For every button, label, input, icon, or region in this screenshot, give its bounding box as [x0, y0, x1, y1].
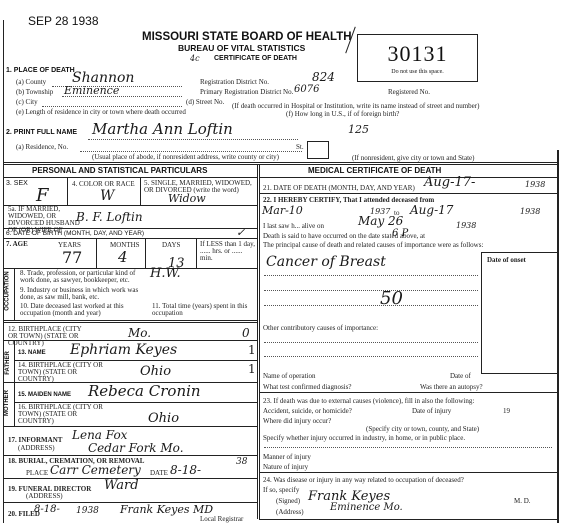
age-col-days: DAYS: [162, 241, 180, 249]
address-label: (Address): [276, 508, 304, 516]
injury-year-label: 19: [503, 407, 510, 415]
form-subtitle: BUREAU OF VITAL STATISTICS: [178, 43, 305, 53]
funeral-director-address-label: (ADDRESS): [26, 492, 63, 500]
where-label: Where did injury occur?: [263, 417, 331, 425]
form-title: MISSOURI STATE BOARD OF HEALTH: [142, 31, 352, 43]
registered-label: Registered No.: [388, 88, 430, 96]
accident-label: Accident, suicide, or homicide?: [263, 407, 352, 415]
less-than-day: If LESS than 1 day, ...... hrs. or .....…: [200, 241, 256, 262]
informant-address-value: Cedar Fork Mo.: [88, 441, 184, 455]
marital-value: Widow: [168, 192, 206, 205]
informant-label: 17. INFORMANT: [8, 436, 62, 444]
nature-label: Nature of injury: [263, 463, 308, 471]
age-months-value: 4: [118, 248, 128, 266]
death-year-value: 1938: [525, 180, 545, 189]
funeral-director-value: Ward: [104, 478, 139, 493]
burial-place-label: PLACE: [26, 469, 48, 477]
tally-0: 0: [242, 326, 250, 340]
tally-1: 1: [248, 343, 256, 357]
residence-label: (a) Residence, No.: [16, 143, 68, 151]
sex-label: 3. SEX: [6, 180, 28, 187]
margin-mark: 4c: [190, 54, 200, 63]
full-name-label: 2. PRINT FULL NAME: [6, 129, 77, 136]
primary-district-value: 6076: [294, 84, 319, 95]
occ10-label: 10. Date deceased last worked at this oc…: [20, 303, 140, 317]
test-label: What test confirmed diagnosis?: [263, 383, 351, 391]
medical-section-title: MEDICAL CERTIFICATE OF DEATH: [308, 166, 441, 175]
father-name-label: 13. NAME: [18, 350, 46, 356]
township-label: (b) Township: [16, 88, 53, 96]
registrar-label: Local Registrar: [200, 515, 243, 523]
father-side-label: FATHER: [5, 351, 11, 375]
primary-district-label: Primary Registration District No.: [200, 88, 293, 96]
residence-checkbox[interactable]: [307, 141, 329, 159]
spouse-value: B. F. Loftin: [76, 210, 143, 224]
occ8-label: 8. Trade, profession, or particular kind…: [20, 270, 150, 284]
burial-place-value: Carr Cemetery: [50, 463, 141, 477]
dob-label: 6. DATE OF BIRTH (MONTH, DAY, AND YEAR): [6, 230, 144, 237]
filed-year-value: 1938: [76, 506, 99, 516]
reg-district-value: 824: [312, 70, 335, 84]
fee-value: 50: [380, 288, 403, 309]
sex-value: F: [36, 185, 49, 206]
file-number-box: 30131 Do not use this space.: [357, 34, 478, 82]
county-label: (a) County: [16, 78, 46, 86]
mother-side-label: MOTHER: [4, 390, 10, 416]
received-stamp: SEP 28 1938: [28, 14, 99, 28]
death-date-label: 21. DATE OF DEATH (MONTH, DAY, AND YEAR): [263, 184, 415, 192]
burial-year-value: 38: [236, 457, 247, 467]
autopsy-label: Was there an autopsy?: [420, 383, 483, 391]
death-time-value: 6 P: [392, 228, 408, 239]
occ9-label: 9. Industry or business in which work wa…: [20, 287, 150, 301]
hospital-note: (If death occurred in Hospital or Instit…: [232, 102, 479, 110]
cause-value: Cancer of Breast: [266, 254, 386, 270]
cause-intro: The principal cause of death and related…: [263, 241, 483, 249]
color-value: W: [100, 188, 114, 204]
us-length-label: (f) How long in U.S., if of foreign birt…: [286, 110, 399, 118]
where-note: (Specify city or town, county, and State…: [366, 425, 479, 433]
mother-birthplace-label: 16. BIRTHPLACE (CITY OR TOWN) (STATE OR …: [18, 404, 108, 425]
last-seen-value: May 26: [358, 214, 403, 228]
occ8-value: H.W.: [150, 266, 181, 281]
registered-value: 125: [348, 123, 369, 136]
age-label: 7. AGE: [6, 240, 28, 248]
occ-related-label: 24. Was disease or injury in any way rel…: [263, 476, 464, 484]
father-birthplace-value: Ohio: [140, 364, 171, 379]
onset-label: Date of onset: [487, 256, 526, 264]
filed-date-value: 8-18-: [34, 504, 60, 515]
last-seen-label: I last saw h... alive on: [263, 222, 324, 230]
township-value: Eminence: [64, 84, 119, 97]
residence-length-label: (e) Length of residence in city or town …: [16, 108, 186, 116]
burial-date-value: 8-18-: [170, 463, 201, 477]
attended-from-value: Mar-10: [262, 204, 303, 217]
place-of-death-label: 1. PLACE OF DEATH: [6, 67, 75, 74]
contrib-label: Other contributory causes of importance:: [263, 324, 378, 332]
last-seen-year: 1938: [456, 221, 476, 230]
burial-date-label: DATE: [150, 469, 168, 477]
attended-to-year: 1938: [520, 207, 540, 216]
occ11-label: 11. Total time (years) spent in this occ…: [152, 303, 252, 317]
injury-date-label: Date of injury: [412, 407, 451, 415]
mother-birthplace-value: Ohio: [148, 411, 179, 426]
nonresident-note: (If nonresident, give city or town and S…: [352, 154, 474, 162]
certify-label: 22. I HEREBY CERTIFY, That I attended de…: [263, 196, 434, 204]
occupation-side-label: OCCUPATION: [5, 271, 11, 310]
manner-label: Manner of injury: [263, 453, 311, 461]
file-number: 30131: [358, 41, 477, 67]
birthplace-value: Mo.: [128, 326, 151, 340]
tally-2: 1: [248, 362, 256, 376]
city-label: (c) City: [16, 98, 38, 106]
column-divider: [257, 164, 258, 519]
operation-date-label: Date of: [450, 372, 471, 380]
full-name-value: Martha Ann Loftin: [92, 120, 233, 138]
st-label: St.: [296, 143, 304, 151]
reg-district-label: Registration District No.: [200, 78, 269, 86]
md-label: M. D.: [514, 497, 531, 505]
age-years-value: 77: [62, 248, 82, 267]
residence-note: (Usual place of abode, if nonresident ad…: [92, 153, 279, 161]
color-label: 4. COLOR OR RACE: [72, 180, 135, 188]
onset-box: [481, 252, 558, 374]
form-doctype: CERTIFICATE OF DEATH: [214, 55, 297, 62]
informant-address-label: (ADDRESS): [18, 444, 55, 452]
signed-label: (Signed): [276, 497, 300, 505]
specify2-label: If so, specify: [263, 486, 299, 494]
external-label: 23. If death was due to external causes …: [263, 397, 474, 405]
file-note: Do not use this space.: [358, 69, 477, 75]
informant-value: Lena Fox: [72, 428, 127, 442]
attended-to-value: Aug-17: [410, 203, 453, 217]
death-date-value: Aug-17-: [424, 175, 475, 190]
personal-section-title: PERSONAL AND STATISTICAL PARTICULARS: [32, 166, 207, 175]
street-label: (d) Street No.: [186, 98, 224, 106]
physician-address: Eminence Mo.: [330, 502, 403, 513]
mother-name-label: 15. MAIDEN NAME: [18, 392, 71, 398]
specify-label: Specify whether injury occurred in indus…: [263, 434, 465, 442]
father-birthplace-label: 14. BIRTHPLACE (CITY OR TOWN) (STATE OR …: [18, 362, 108, 383]
mother-name-value: Rebeca Cronin: [88, 382, 201, 400]
operation-label: Name of operation: [263, 372, 315, 380]
father-name-value: Ephriam Keyes: [70, 342, 177, 358]
